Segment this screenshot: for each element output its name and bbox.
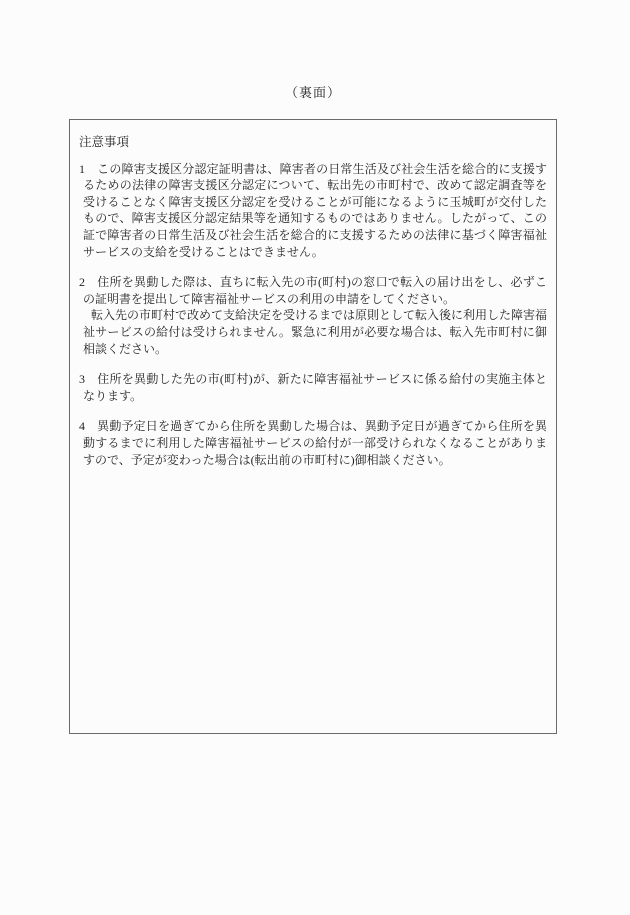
notice-item-3: 3住所を異動した先の市(町村)が、新たに障害福祉サービスに係る給付の実施主体とな… xyxy=(79,371,547,404)
notice-item-1-text: この障害支援区分認定証明書は、障害者の日常生活及び社会生活を総合的に支援するため… xyxy=(83,162,547,259)
notice-item-2-text: 住所を異動した際は、直ちに転入先の市(町村)の窓口で転入の届け出をし、必ずこの証… xyxy=(83,275,547,306)
notice-item-2-paragraph-1: 2住所を異動した際は、直ちに転入先の市(町村)の窓口で転入の届け出をし、必ずこの… xyxy=(79,274,547,307)
notice-item-4-number: 4 xyxy=(79,419,85,433)
notice-item-2: 2住所を異動した際は、直ちに転入先の市(町村)の窓口で転入の届け出をし、必ずこの… xyxy=(79,274,547,357)
notice-item-2-number: 2 xyxy=(79,275,85,289)
notice-item-4-paragraph-1: 4異動予定日を過ぎてから住所を異動した場合は、異動予定日が過ぎてから住所を異動す… xyxy=(79,418,547,468)
notice-item-4-text: 異動予定日を過ぎてから住所を異動した場合は、異動予定日が過ぎてから住所を異動する… xyxy=(83,419,547,466)
notice-item-3-text: 住所を異動した先の市(町村)が、新たに障害福祉サービスに係る給付の実施主体となり… xyxy=(83,372,547,403)
notice-item-1-paragraph-1: 1この障害支援区分認定証明書は、障害者の日常生活及び社会生活を総合的に支援するた… xyxy=(79,161,547,261)
notice-item-4: 4異動予定日を過ぎてから住所を異動した場合は、異動予定日が過ぎてから住所を異動す… xyxy=(79,418,547,468)
page-side-label: （裏面） xyxy=(69,85,557,101)
notice-item-2-paragraph-2: 転入先の市町村で改めて支給決定を受けるまでは原則として転入後に利用した障害福祉サ… xyxy=(79,307,547,357)
notice-heading: 注意事項 xyxy=(79,134,547,151)
notice-box: 注意事項 1この障害支援区分認定証明書は、障害者の日常生活及び社会生活を総合的に… xyxy=(69,119,557,734)
notice-item-1-number: 1 xyxy=(79,162,85,176)
notice-item-3-paragraph-1: 3住所を異動した先の市(町村)が、新たに障害福祉サービスに係る給付の実施主体とな… xyxy=(79,371,547,404)
notice-item-3-number: 3 xyxy=(79,372,85,386)
notice-item-1: 1この障害支援区分認定証明書は、障害者の日常生活及び社会生活を総合的に支援するた… xyxy=(79,161,547,261)
document-back-page: { "page": { "side_label": "（裏面）" }, "not… xyxy=(0,0,630,915)
